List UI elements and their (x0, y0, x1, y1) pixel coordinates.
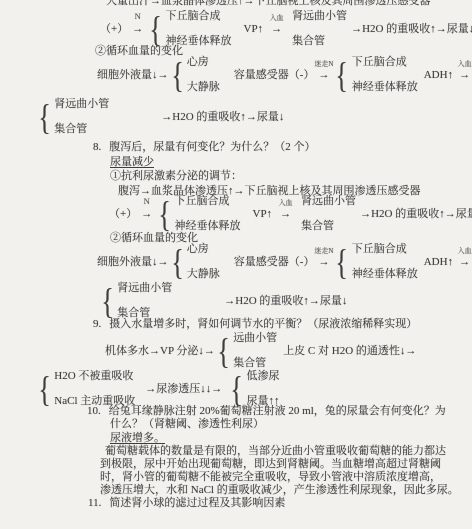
ecf-down: 细胞外液量↓→ (97, 69, 169, 82)
vena-cava: 大静脉 (187, 81, 220, 94)
q10-para-line: 时，肾小管的葡萄糖不能被完全重吸收，导致小管液中溶质浓度增高， (100, 471, 441, 484)
volume-receptor: 容量感受器（-） (234, 69, 315, 82)
hypothalamus-synth: 下丘脑合成 (166, 10, 232, 23)
reabsorb-stack: H2O 不被重吸收 NaCl 主动重吸收 (54, 370, 135, 408)
nerve-label: N (135, 12, 141, 20)
into-blood-label: 入血 (458, 60, 472, 68)
hypothalamus-synth: 下丘脑合成 (175, 195, 241, 208)
tubule-stack: 肾远曲小管 集合管 (54, 98, 109, 136)
hypotonic-urine: 低渗尿 (247, 370, 280, 383)
question-text: 给兔耳缘静脉注射 20%葡萄糖注射液 20 ml，兔的尿量会有何变化？为 (109, 405, 446, 417)
brace-icon: { (231, 371, 243, 407)
ecf-down: 细胞外液量↓→ (97, 256, 169, 269)
adh-flow-top: （+） N → { 下丘脑合成 神经垂体释放 VP↑ 入血 → 肾远曲小管 集合… (100, 10, 472, 48)
into-blood-arrow: 入血 → (459, 256, 470, 269)
arrow-icon: → (132, 23, 143, 35)
pituitary-release: 神经垂体释放 (352, 268, 418, 281)
brace-icon: { (217, 333, 229, 369)
question-number: 9. (93, 318, 101, 331)
q10-para-line: 到极限，尿中开始出现葡萄糖，即达到肾糖阈。当血糖增高超过肾糖阈 (100, 458, 441, 471)
brace-icon: { (150, 11, 162, 47)
nerve-label: N (144, 197, 150, 205)
distal-tubule: 肾远曲小管 (117, 282, 172, 295)
atrium: 心房 (187, 56, 220, 69)
vp-up: VP↑ (253, 208, 273, 221)
vagus-label: 迷走N (314, 247, 333, 255)
hypothalamus-synth: 下丘脑合成 (352, 243, 418, 256)
question-9: 9.摄入水量增多时，肾如何调节水的平衡？（尿液浓缩稀释实现） (93, 318, 417, 331)
question-number: 11. (88, 497, 101, 510)
question-text: 摄入水量增多时，肾如何调节水的平衡？（尿液浓缩稀释实现） (109, 318, 417, 330)
brace-icon: { (171, 244, 183, 280)
hypothalamus-stack: 下丘脑合成 神经垂体释放 (352, 56, 418, 94)
nerve-arrow: N → (141, 208, 152, 221)
brace-icon: { (336, 244, 348, 280)
nerve-arrow: N → (132, 23, 143, 36)
question-11: 11.简述肾小球的滤过过程及其影响因素 (88, 497, 285, 510)
q8-point1: ①抗利尿激素分泌的调节： (110, 170, 242, 183)
reabsorb-result: →H2O 的重吸收↑→尿量↓ (360, 208, 472, 221)
brace-icon: { (38, 99, 50, 135)
osmotic-pressure-down: →尿渗透压↓↓→ (145, 383, 222, 396)
h2o-not-reabsorbed: H2O 不被重吸收 (54, 370, 135, 383)
brace-icon: { (38, 371, 50, 407)
distal-tubule: 远曲小管 (233, 332, 277, 345)
question-number: 10. (87, 405, 101, 418)
receptor-site-stack: 心房 大静脉 (187, 56, 220, 94)
brace-icon: { (101, 283, 113, 319)
volume-receptor: 容量感受器（-） (234, 256, 315, 269)
tubule-stack: 肾远曲小管 集合管 (292, 10, 347, 48)
vagus-arrow: 迷走N → (318, 256, 329, 269)
collecting-duct: 集合管 (54, 123, 109, 136)
adh-flow-q8: （+） N → { 下丘脑合成 神经垂体释放 VP↑ 入血 → 肾远曲小管 集合… (109, 195, 472, 233)
hypothalamus-stack: 下丘脑合成 神经垂体释放 (352, 243, 418, 281)
vagus-arrow: 迷走N → (318, 69, 329, 82)
sweat-osmotic-line: 大量出汗→血浆晶体渗透压↑→下丘脑视上核及其周围渗透压感受器 (106, 0, 431, 8)
question-8: 8.腹泻后，尿量有何变化？为什么？（2 个） (93, 141, 316, 154)
question-text: 简述肾小球的滤过过程及其影响因素 (109, 497, 285, 509)
pituitary-release: 神经垂体释放 (352, 81, 418, 94)
duct-flow-top: { 肾远曲小管 集合管 →H2O 的重吸收↑→尿量↓ (36, 98, 284, 136)
tubule-stack: 远曲小管 集合管 (233, 332, 277, 370)
collecting-duct: 集合管 (301, 220, 356, 233)
q10-para-line: 葡萄糖载体的数量是有限的，当部分近曲小管重吸收葡萄糖的能力都达 (100, 445, 446, 458)
tubule-stack: 肾远曲小管 集合管 (117, 282, 172, 320)
stimulus-plus: （+） (100, 23, 128, 36)
arrow-icon: → (459, 69, 470, 81)
water-intake-flow: 机体多水→VP 分泌↓→ { 远曲小管 集合管 上皮 C 对 H2O 的通透性↓… (105, 332, 416, 370)
question-10: 10.给兔耳缘静脉注射 20%葡萄糖注射液 20 ml，兔的尿量会有何变化？为 (87, 405, 446, 418)
excess-water: 机体多水→VP 分泌↓→ (105, 345, 215, 358)
arrow-icon: → (280, 208, 291, 220)
receptor-site-stack: 心房 大静脉 (187, 243, 220, 281)
hypothalamus-synth: 下丘脑合成 (352, 56, 418, 69)
question-10-line2: 什么？（肾糖阈、渗透性利尿） (110, 418, 264, 431)
question-number: 8. (93, 141, 101, 154)
into-blood-label: 入血 (279, 199, 293, 207)
reabsorb-result: →H2O 的重吸收↑→尿量↓ (224, 295, 347, 308)
distal-tubule: 肾远曲小管 (292, 10, 347, 23)
arrow-icon: → (318, 256, 329, 268)
vagus-label: 迷走N (314, 60, 333, 68)
reabsorb-result: →H2O 的重吸收↑→尿量↓ (161, 111, 284, 124)
stimulus-plus: （+） (109, 208, 137, 221)
into-blood-label: 入血 (458, 247, 472, 255)
duct-flow-q8: { 肾远曲小管 集合管 →H2O 的重吸收↑→尿量↓ (99, 282, 347, 320)
q10-answer: 尿液增多。 (110, 432, 165, 445)
q8-answer: 尿量减少 (110, 156, 154, 169)
adh-up: ADH↑ (424, 69, 453, 82)
hypothalamus-stack: 下丘脑合成 神经垂体释放 (175, 195, 241, 233)
atrium: 心房 (187, 243, 220, 256)
vena-cava: 大静脉 (187, 268, 220, 281)
arrow-icon: → (318, 69, 329, 81)
distal-tubule: 肾远曲小管 (54, 98, 109, 111)
collecting-duct: 集合管 (292, 35, 347, 48)
into-blood-arrow: 入血 → (459, 69, 470, 82)
tubule-stack: 肾远曲小管 集合管 (301, 195, 356, 233)
urine-result-stack: 低渗尿 尿量↑↑ (247, 370, 280, 408)
volume-flow-q8: 细胞外液量↓→ { 心房 大静脉 容量感受器（-） 迷走N → { 下丘脑合成 … (97, 243, 470, 281)
arrow-icon: → (271, 23, 282, 35)
hypothalamus-stack: 下丘脑合成 神经垂体释放 (166, 10, 232, 48)
into-blood-arrow: 入血 → (271, 23, 282, 36)
brace-icon: { (171, 57, 183, 93)
brace-icon: { (336, 57, 348, 93)
distal-tubule: 肾远曲小管 (301, 195, 356, 208)
adh-up: ADH↑ (424, 256, 453, 269)
into-blood-arrow: 入血 → (280, 208, 291, 221)
brace-icon: { (159, 196, 171, 232)
arrow-icon: → (459, 256, 470, 268)
reabsorb-result: →H2O 的重吸收↑→尿量↓ (351, 23, 472, 36)
volume-flow-top: 细胞外液量↓→ { 心房 大静脉 容量感受器（-） 迷走N → { 下丘脑合成 … (97, 56, 470, 94)
permeability-result: 上皮 C 对 H2O 的通透性↓→ (283, 345, 416, 358)
vp-up: VP↑ (244, 23, 264, 36)
document-page: 大量出汗→血浆晶体渗透压↑→下丘脑视上核及其周围渗透压感受器 （+） N → {… (0, 0, 472, 529)
question-text: 腹泻后，尿量有何变化？为什么？（2 个） (109, 141, 315, 153)
into-blood-label: 入血 (270, 14, 284, 22)
q10-para-line: 渗透压增大，水和 NaCl 的重吸收减少，产生渗透性利尿现象，因此多尿。 (100, 484, 459, 497)
arrow-icon: → (141, 208, 152, 220)
dilute-urine-flow: { H2O 不被重吸收 NaCl 主动重吸收 →尿渗透压↓↓→ { 低渗尿 尿量… (36, 370, 280, 408)
